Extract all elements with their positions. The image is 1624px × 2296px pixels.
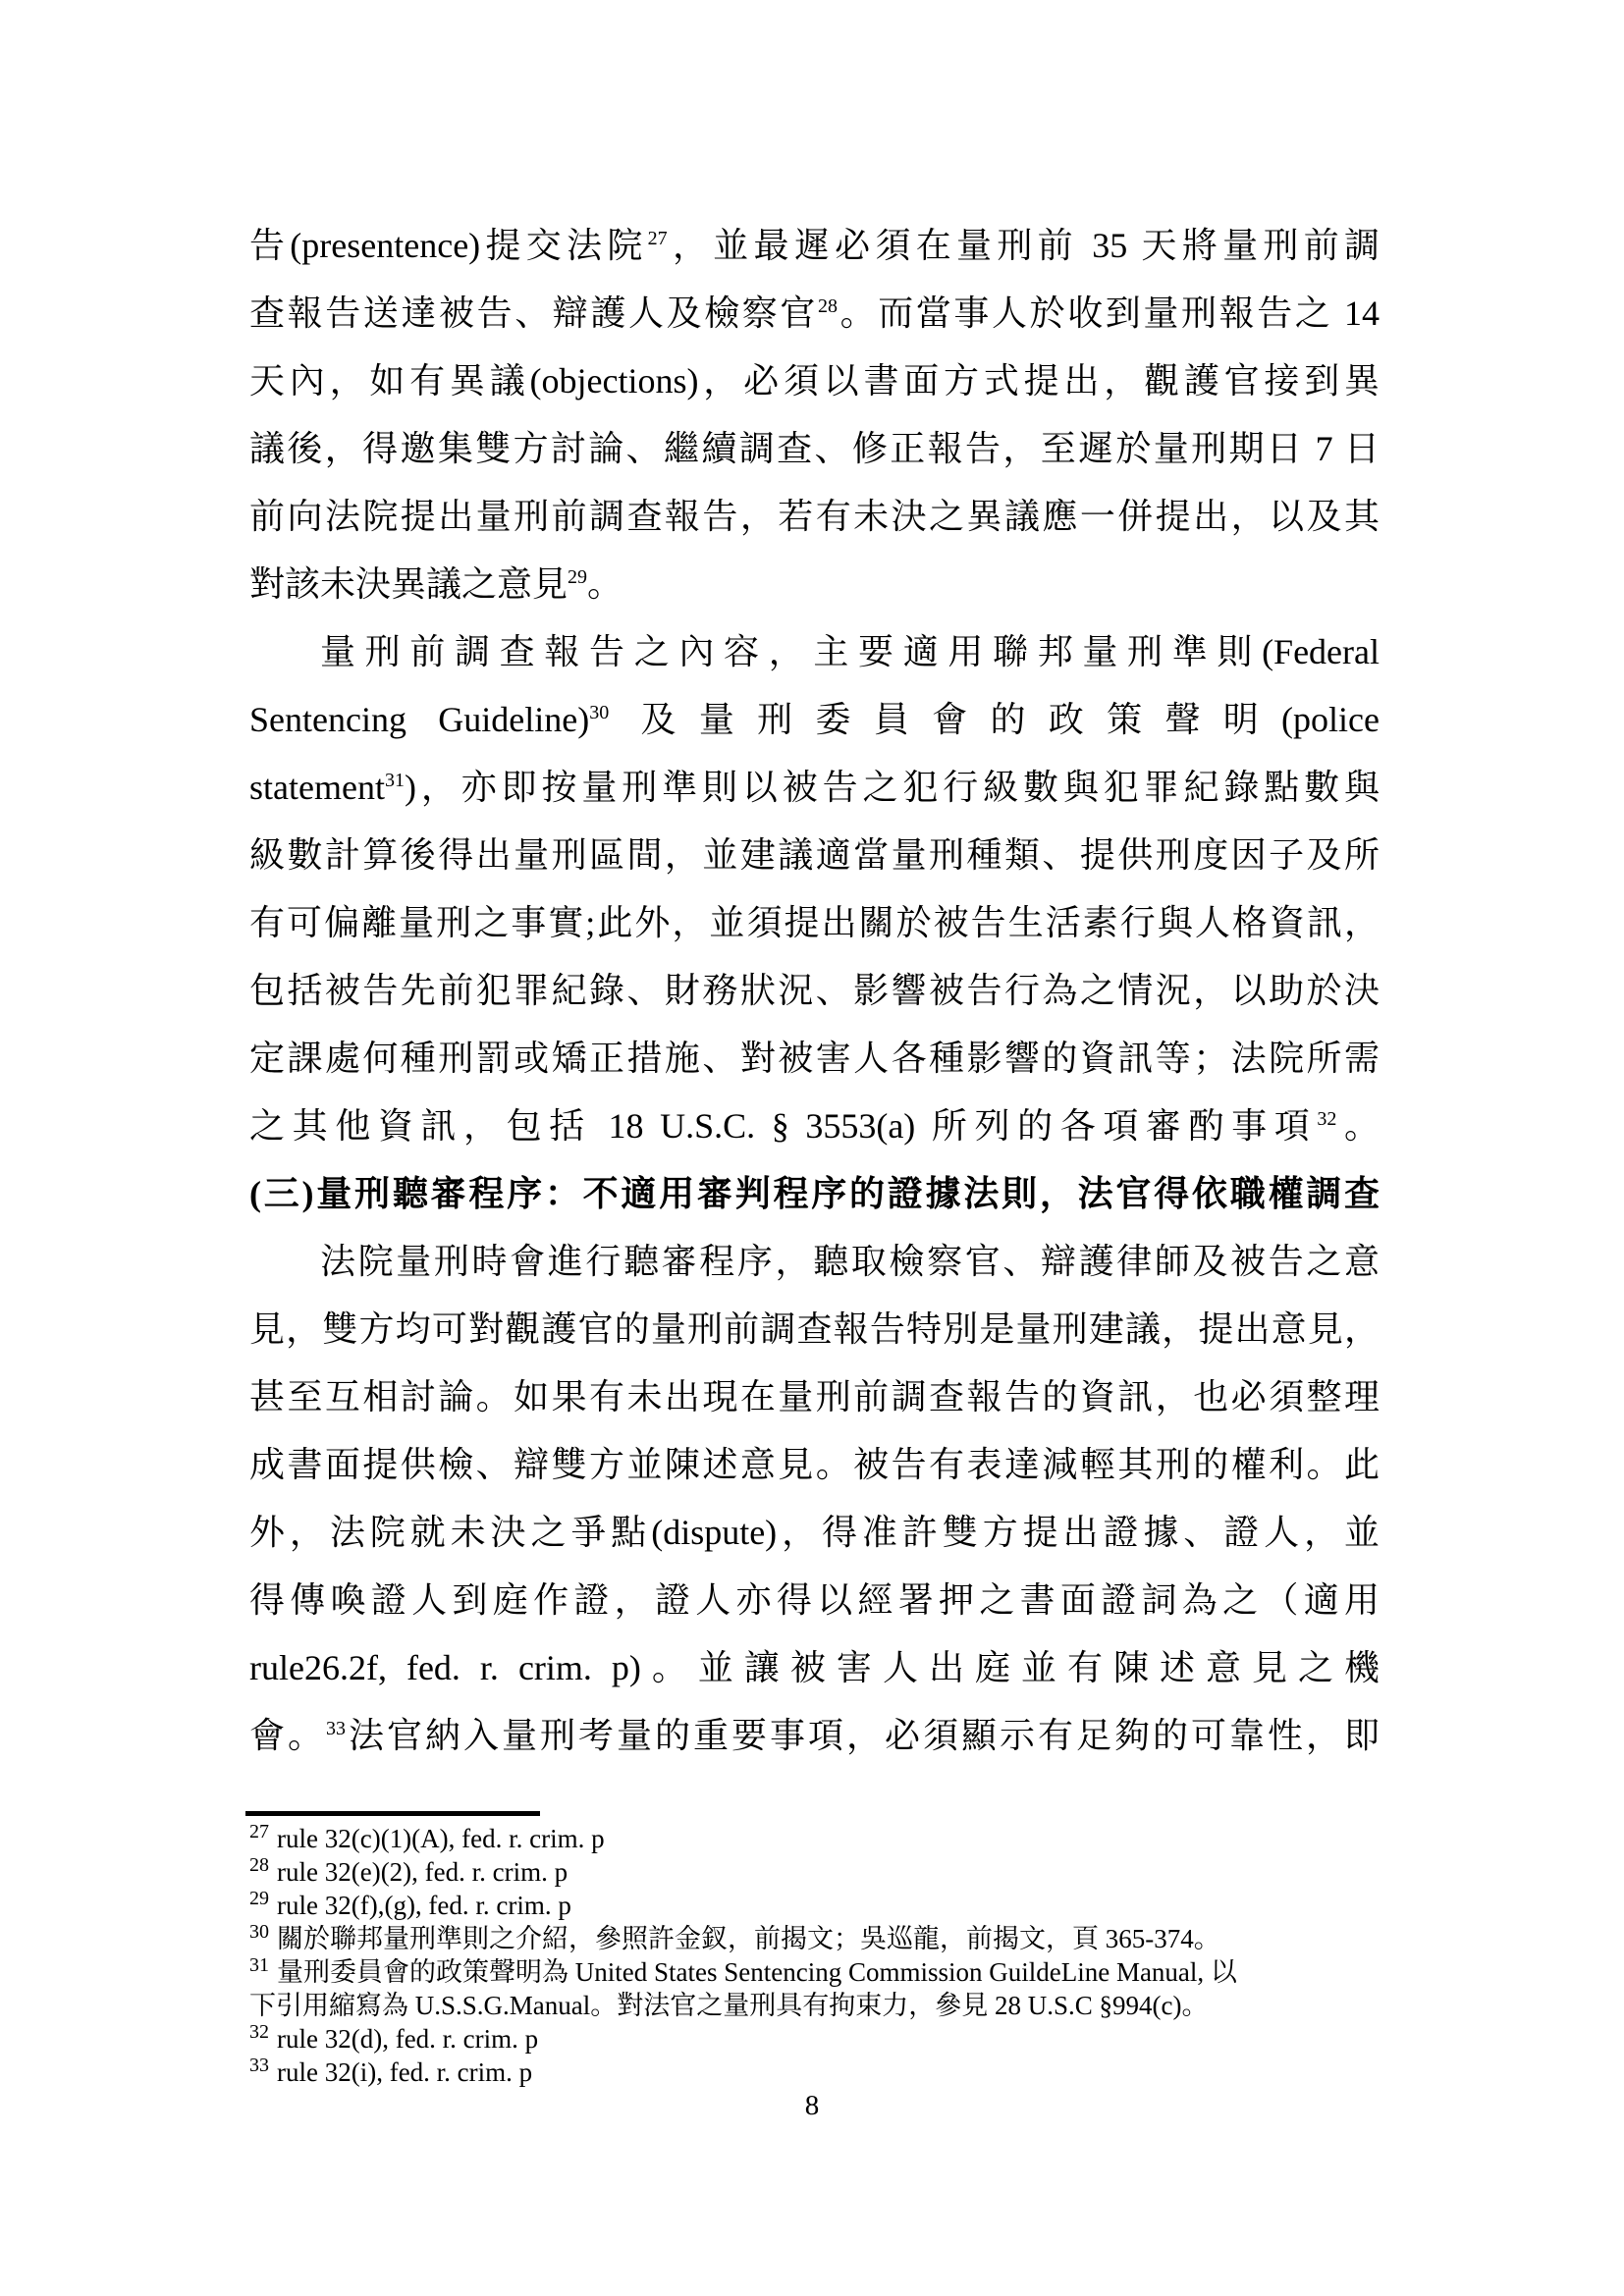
body-line: 量刑前調查報告之內容，主要適用聯邦量刑準則(Federal	[249, 618, 1380, 686]
body-line: 會。33法官納入量刑考量的重要事項，必須顯示有足夠的可靠性，即	[249, 1702, 1380, 1770]
footnote-number: 29	[249, 1888, 269, 1909]
body-line: 見，雙方均可對觀護官的量刑前調查報告特別是量刑建議，提出意見，	[249, 1296, 1380, 1363]
footnote: 33rule 32(i), fed. r. crim. p	[249, 2056, 1403, 2089]
footnote-ref: 27	[648, 228, 668, 249]
page-number: 8	[0, 2089, 1624, 2122]
document-page: 告(presentence)提交法院27，並最遲必須在量刑前 35 天將量刑前調…	[0, 0, 1624, 2296]
footnote-ref: 33	[326, 1718, 346, 1739]
body-line: 前向法院提出量刑前調查報告，若有未決之異議應一併提出，以及其	[249, 483, 1380, 551]
footnote-number: 30	[249, 1921, 269, 1943]
body-line: 級數計算後得出量刑區間，並建議適當量刑種類、提供刑度因子及所	[249, 822, 1380, 889]
footnote-number: 32	[249, 2021, 269, 2043]
body-line: Sentencing Guideline)30 及量刑委員會的政策聲明(poli…	[249, 686, 1380, 754]
body-line: 外，法院就未決之爭點(dispute)，得准許雙方提出證據、證人，並	[249, 1499, 1380, 1567]
body-line: 對該未決異議之意見29。	[249, 551, 1380, 618]
body-line: 法院量刑時會進行聽審程序，聽取檢察官、辯護律師及被告之意	[249, 1228, 1380, 1296]
footnote: 30關於聯邦量刑準則之介紹，參照許金釵，前揭文；吳巡龍，前揭文，頁 365-37…	[249, 1922, 1403, 1955]
footnote: 27rule 32(c)(1)(A), fed. r. crim. p	[249, 1822, 1403, 1855]
footnote-ref: 30	[589, 702, 609, 723]
footnote: 29rule 32(f),(g), fed. r. crim. p	[249, 1889, 1403, 1922]
footnote-number: 27	[249, 1821, 269, 1842]
body-line: 之其他資訊，包括 18 U.S.C. § 3553(a) 所列的各項審酌事項32…	[249, 1093, 1380, 1160]
footnote-list: 27rule 32(c)(1)(A), fed. r. crim. p28rul…	[249, 1822, 1403, 2089]
body-line: 有可偏離量刑之事實;此外，並須提出關於被告生活素行與人格資訊，	[249, 889, 1380, 957]
body-line: 成書面提供檢、辯雙方並陳述意見。被告有表達減輕其刑的權利。此	[249, 1431, 1380, 1499]
section-heading-line: (三)量刑聽審程序：不適用審判程序的證據法則，法官得依職權調查	[249, 1160, 1380, 1228]
footnote-separator	[245, 1811, 540, 1816]
footnote-ref: 29	[568, 566, 587, 588]
body-line: rule26.2f, fed. r. crim. p)。並讓被害人出庭並有陳述意…	[249, 1634, 1380, 1702]
footnote-ref: 31	[385, 770, 405, 791]
body-line: 得傳喚證人到庭作證，證人亦得以經署押之書面證詞為之（適用	[249, 1567, 1380, 1634]
footnote-number: 31	[249, 1954, 269, 1976]
footnote: 32rule 32(d), fed. r. crim. p	[249, 2022, 1403, 2056]
body-line: 天內，如有異議(objections)，必須以書面方式提出，觀護官接到異	[249, 347, 1380, 415]
body-line: statement31)，亦即按量刑準則以被告之犯行級數與犯罪紀錄點數與	[249, 754, 1380, 822]
footnote: 31量刑委員會的政策聲明為 United States Sentencing C…	[249, 1955, 1403, 1989]
footnote-ref: 28	[818, 295, 838, 317]
footnote: 28rule 32(e)(2), fed. r. crim. p	[249, 1855, 1403, 1889]
body-text: 告(presentence)提交法院27，並最遲必須在量刑前 35 天將量刑前調…	[249, 212, 1380, 1770]
footnote-continuation: 下引用縮寫為 U.S.S.G.Manual。對法官之量刑具有拘束力，參見 28 …	[249, 1989, 1403, 2022]
body-line: 議後，得邀集雙方討論、繼續調查、修正報告，至遲於量刑期日 7 日	[249, 415, 1380, 483]
footnote-ref: 32	[1317, 1108, 1336, 1130]
body-line: 包括被告先前犯罪紀錄、財務狀況、影響被告行為之情況，以助於決	[249, 957, 1380, 1025]
body-line: 查報告送達被告、辯護人及檢察官28。而當事人於收到量刑報告之 14	[249, 280, 1380, 347]
body-line: 定課處何種刑罰或矯正措施、對被害人各種影響的資訊等；法院所需	[249, 1025, 1380, 1093]
body-line: 甚至互相討論。如果有未出現在量刑前調查報告的資訊，也必須整理	[249, 1363, 1380, 1431]
footnote-number: 33	[249, 2055, 269, 2076]
body-line: 告(presentence)提交法院27，並最遲必須在量刑前 35 天將量刑前調	[249, 212, 1380, 280]
footnote-number: 28	[249, 1854, 269, 1876]
